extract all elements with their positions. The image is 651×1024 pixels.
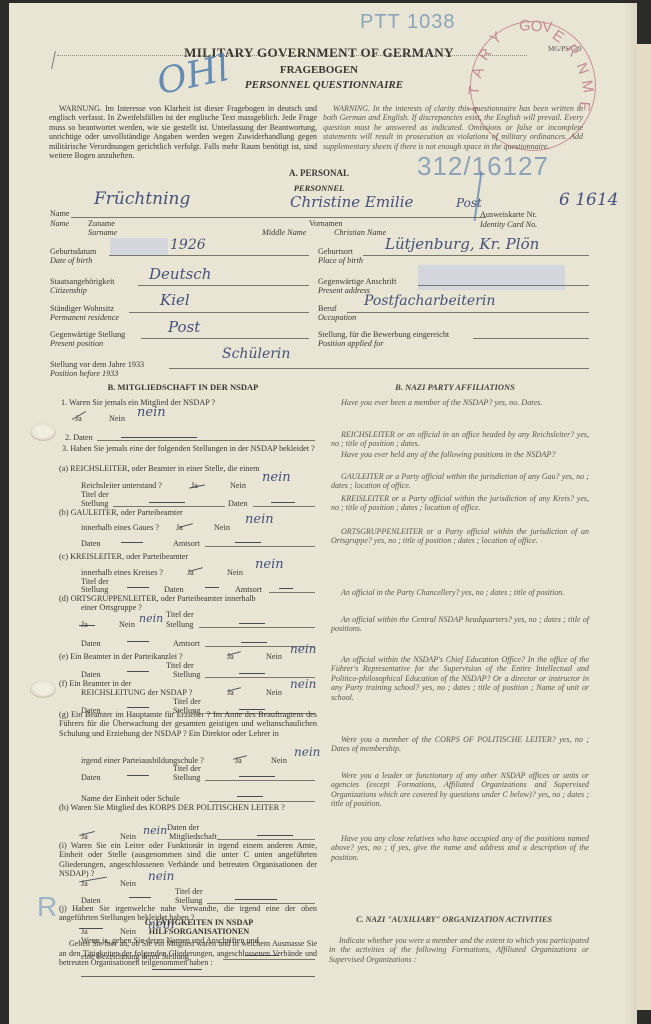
address-label-en: Present address	[318, 286, 370, 295]
qg-answer[interactable]: nein	[294, 745, 320, 759]
qe-stellung: Stellung	[173, 670, 200, 679]
qg-stellung-line	[205, 780, 315, 781]
qj-extra-dash	[152, 969, 202, 970]
pob-line	[363, 255, 589, 256]
id-card-value[interactable]: 6 1614	[559, 190, 618, 210]
qh-dash	[257, 835, 293, 836]
occupation-value[interactable]: Postfacharbeiterin	[364, 293, 495, 309]
qa-daten-dash	[271, 502, 295, 503]
qd-stellung-line	[199, 627, 315, 628]
qb-nein[interactable]: Nein	[214, 523, 230, 532]
occupation-line	[347, 312, 589, 313]
qa-stellung-line	[113, 506, 225, 507]
q3-en: Have you ever held any of the following …	[341, 450, 555, 459]
post-note: Post	[456, 196, 482, 210]
id-card-label-de: Ausweiskarte Nr.	[480, 210, 537, 219]
qc-amtsort-dash	[279, 588, 293, 589]
citizenship-label-de: Staatsangehörigkeit	[50, 277, 115, 286]
pob-label-en: Place of birth	[318, 256, 363, 265]
residence-label-en: Permanent residence	[50, 313, 119, 322]
qi-en: Were you a leader or functionary of any …	[331, 771, 589, 809]
qi-stellung-dash	[235, 899, 277, 900]
qb-de2: innerhalb eines Gaues ?	[81, 523, 159, 532]
qe-answer[interactable]: nein	[290, 642, 316, 656]
qa-de2: Reichsleiter unterstand ?	[81, 481, 162, 490]
qg-school-dash	[237, 796, 263, 797]
qi-nein[interactable]: Nein	[120, 879, 136, 888]
qe-en: An official in the Party Chancellery? ye…	[331, 588, 589, 597]
dob-value[interactable]: 1926	[170, 237, 206, 253]
qe-stellung-dash	[239, 673, 265, 674]
qf-nein[interactable]: Nein	[266, 688, 282, 697]
applied-line	[473, 338, 589, 339]
section-b-heading-en: B. NAZI PARTY AFFILIATIONS	[321, 382, 589, 392]
before1933-value[interactable]: Schülerin	[222, 346, 290, 362]
qe-titel-der: Titel der	[166, 661, 194, 670]
qh-answer[interactable]: nein	[143, 824, 167, 837]
qg-titel-der: Titel der	[173, 764, 201, 773]
dob-label-en: Date of birth	[50, 256, 92, 265]
qd-stellung: Stellung	[166, 620, 193, 629]
residence-line	[129, 312, 309, 313]
qi-de: (i) Waren Sie ein Leiter oder Funktionär…	[59, 841, 317, 879]
qd-amtsort: Amtsort	[173, 639, 200, 648]
q2-line	[97, 440, 315, 441]
address-label-de: Gegenwärtige Anschrift	[318, 277, 396, 286]
qg-school-line	[209, 801, 315, 802]
qi-answer[interactable]: nein	[148, 869, 174, 883]
middle-name-label: Middle Name	[262, 228, 306, 237]
residence-value[interactable]: Kiel	[160, 291, 190, 309]
qe-daten: Daten	[81, 670, 101, 679]
qi-daten-dash	[129, 897, 151, 898]
citizenship-line	[138, 285, 309, 286]
qd-en: ORTSGRUPPENLEITER or a Party official wi…	[331, 527, 589, 546]
qd-daten: Daten	[81, 639, 101, 648]
bottom-initial: R	[37, 891, 57, 923]
occupation-label-de: Beruf	[318, 304, 337, 313]
qa-de: (a) REICHSLEITER, oder Beamter in einer …	[59, 464, 260, 473]
left-margin-mark	[51, 51, 56, 69]
before1933-line	[169, 368, 589, 369]
dob-label-de: Geburtsdatum	[50, 247, 96, 256]
qg-daten: Daten	[81, 773, 101, 782]
section-c-heading-de: C. TÄTIGKEITEN IN NSDAP HILFSORGANISATIO…	[99, 918, 299, 936]
qg-stellung-dash	[239, 776, 275, 777]
qc-de: (c) KREISLEITER, oder Parteibeamter	[59, 552, 188, 561]
qe-de: (e) Ein Beamter in der Parteikanzlei ?	[59, 652, 183, 661]
christian-name-label: Christian Name	[334, 228, 386, 237]
redacted-birth-day	[110, 238, 168, 255]
top-stamp-number: PTT 1038	[360, 11, 455, 34]
vornamen-label: Vornamen	[309, 219, 343, 228]
q2-dash	[121, 437, 197, 438]
position-label-en: Present position	[50, 339, 103, 348]
warning-de: WARNUNG. Im Interesse von Klarheit ist d…	[49, 104, 317, 160]
qa-stellung-dash	[149, 502, 185, 503]
citizenship-value[interactable]: Deutsch	[149, 265, 211, 283]
section-c-heading-en: C. NAZI "AUXILIARY" ORGANIZATION ACTIVIT…	[339, 915, 569, 924]
qh-nein[interactable]: Nein	[120, 832, 136, 841]
qh-de: (h) Waren Sie Mitglied des KORPS DER POL…	[59, 803, 317, 812]
address-line	[418, 285, 589, 286]
qj-en: Have you any close relatives who have oc…	[331, 834, 589, 862]
qg-nein[interactable]: Nein	[271, 756, 287, 765]
pob-value[interactable]: Lütjenburg, Kr. Plön	[385, 235, 539, 253]
punch-hole-top	[30, 423, 56, 441]
citizenship-label-en: Citizenship	[50, 286, 87, 295]
section-b-end-rule	[81, 976, 315, 977]
qd-de: (d) ORTSGRUPPENLEITER, oder Parteibeamte…	[59, 594, 256, 603]
qh-en: Were you a member of the CORPS OF POLITI…	[331, 735, 589, 754]
qh-line	[217, 839, 315, 840]
name-label-de: Name	[50, 209, 70, 218]
qc-amtsort-line	[269, 592, 315, 593]
q2-de: 2. Daten	[65, 433, 93, 442]
qa-answer[interactable]: nein	[262, 470, 291, 485]
qc-stellung: Stellung	[81, 585, 108, 594]
q1-en: Have you ever been a member of the NSDAP…	[341, 398, 542, 407]
section-c-intro-en: Indicate whether you were a member and t…	[329, 936, 589, 964]
qg-daten-dash	[127, 775, 149, 776]
qe-nein[interactable]: Nein	[266, 652, 282, 661]
id-card-label-en: Identity Card No.	[480, 220, 537, 229]
position-value[interactable]: Post	[168, 318, 200, 336]
qf-answer[interactable]: nein	[290, 677, 316, 691]
qa-daten-line	[253, 506, 315, 507]
first-names-value[interactable]: Christine Emilie	[290, 193, 413, 211]
qg-de: (g) Ein Beamter im Hauptamte für Erziehe…	[59, 710, 317, 738]
qf-titel-der: Titel der	[173, 697, 201, 706]
qc-daten: Daten	[164, 585, 184, 594]
qc-daten-dash	[205, 587, 219, 588]
pob-label-de: Geburtsort	[318, 247, 353, 256]
qb-daten: Daten	[81, 539, 101, 548]
name-label-en: Name	[50, 219, 69, 228]
qb-de: (b) GAULEITER, oder Parteibeamter	[59, 508, 183, 517]
punch-hole-bottom	[30, 680, 56, 698]
subtitle-de: FRAGEBOGEN	[209, 64, 429, 76]
qa-titel-der: Titel der	[81, 490, 109, 499]
residence-label-de: Ständiger Wohnsitz	[50, 304, 114, 313]
surname-label-de: Zuname	[88, 219, 115, 228]
name-line	[71, 217, 486, 218]
qf-en: An official within the Central NSDAP hea…	[331, 615, 589, 634]
qd-answer[interactable]: nein	[139, 612, 163, 625]
section-b-heading-de: B. MITGLIEDSCHAFT IN DER NSDAP	[49, 382, 317, 392]
qe-daten-dash	[127, 671, 149, 672]
qc-nein[interactable]: Nein	[227, 568, 243, 577]
qd-de2: einer Ortsgruppe ?	[81, 603, 142, 612]
qc-answer[interactable]: nein	[255, 557, 284, 572]
qb-amtsort-line	[205, 546, 315, 547]
position-line	[141, 338, 309, 339]
position-label-de: Gegenwärtige Stellung	[50, 330, 125, 339]
q1-nein[interactable]: Nein	[109, 414, 125, 423]
applied-label-de: Stellung, für die Bewerbung eingereicht	[318, 330, 449, 339]
q1-answer[interactable]: nein	[137, 405, 166, 420]
qa-stellung: Stellung	[81, 499, 108, 508]
questionnaire-page: PTT 1038 MG/PS/G/9 GOV E R N M E Y R A T…	[9, 3, 637, 1024]
qb-daten-dash	[121, 542, 143, 543]
qa-daten: Daten	[228, 499, 248, 508]
qi-titel-der: Titel der	[175, 887, 203, 896]
qf-de: (f) Ein Beamter in der	[59, 679, 131, 688]
qd-daten-dash	[127, 641, 149, 642]
occupation-label-en: Occupation	[318, 313, 356, 322]
applied-label-en: Position applied for	[318, 339, 384, 348]
qb-answer[interactable]: nein	[245, 512, 274, 527]
qg-en: An official within the NSDAP's Chief Edu…	[331, 655, 589, 702]
file-number: 312/16127	[417, 151, 549, 182]
qh-de3: Mitgliedschaft	[169, 832, 217, 841]
qd-titel-der: Titel der	[166, 610, 194, 619]
dob-line	[109, 255, 309, 256]
qa-en-text: REICHSLEITER or an official in an office…	[331, 430, 589, 449]
surname-label-en: Surname	[88, 228, 117, 237]
qh-de2: Daten der	[167, 823, 199, 832]
qb-en: GAULEITER or a Party official within the…	[331, 472, 589, 491]
qa-nein[interactable]: Nein	[230, 481, 246, 490]
q3-de: 3. Haben Sie jemals eine der folgenden S…	[50, 444, 318, 453]
qc-stellung-dash	[127, 587, 149, 588]
qd-ja-strike	[79, 625, 95, 626]
qc-en: KREISLEITER or a Party official within t…	[331, 494, 589, 513]
qd-stellung-dash	[239, 623, 265, 624]
before1933-label-en: Position before 1933	[50, 369, 118, 378]
section-a-heading-en: PERSONNEL	[239, 183, 399, 193]
qg-de3: Name der Einheit oder Schule	[81, 794, 180, 803]
qf-de2: REICHSLEITUNG der NSDAP ?	[81, 688, 192, 697]
warning-en: WARNING. In the interests of clarity thi…	[323, 104, 583, 151]
surname-value[interactable]: Früchtning	[94, 189, 190, 209]
redacted-address	[418, 265, 565, 290]
qf-daten-dash	[127, 707, 149, 708]
qd-amtsort-dash	[241, 642, 267, 643]
qd-nein[interactable]: Nein	[119, 620, 135, 629]
qc-de2: innerhalb eines Kreises ?	[81, 568, 163, 577]
section-a-heading: A. PERSONAL	[239, 168, 399, 178]
qb-amtsort-dash	[235, 542, 261, 543]
before1933-label-de: Stellung vor dem Jahre 1933	[50, 360, 144, 369]
qb-amtsort: Amtsort	[173, 539, 200, 548]
section-c-intro-de: Geben Sie hier an, ob Sie ein Mitglied w…	[59, 939, 317, 968]
qg-stellung: Stellung	[173, 773, 200, 782]
qc-amtsort: Amtsort	[235, 585, 262, 594]
